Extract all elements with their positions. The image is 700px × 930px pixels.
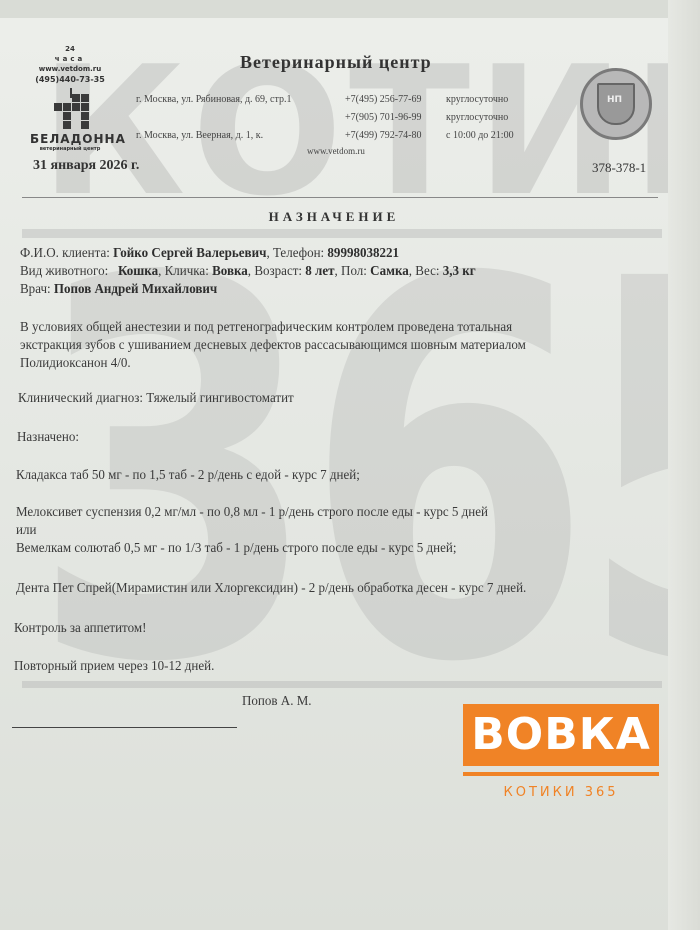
prescription-3: Вемелкам солютаб 0,5 мг - по 1/3 таб - 1… (16, 541, 456, 557)
logo-hours-number: 24 (30, 44, 110, 54)
badge-subtitle: КОТИКИ 365 (463, 785, 659, 800)
phone-2-hours: круглосуточно (446, 112, 508, 123)
procedure-line-2: экстракция зубов с ушиванием десневых де… (20, 338, 526, 354)
procedure-line-1: В условиях общей анестезии и под ретгено… (20, 320, 512, 336)
page-edge-shadow (668, 0, 700, 930)
animal-info: Вид животного: Кошка, Кличка: Вовка, Воз… (20, 264, 476, 280)
clinic-logo: 24 часа www.vetdom.ru (495)440-73-35 БЕЛ… (30, 44, 110, 152)
age: 8 лет (305, 264, 334, 279)
appetite-note: Контроль за аппетитом! (14, 621, 146, 637)
phone-1-hours: круглосуточно (446, 94, 508, 105)
client-phone: 89998038221 (327, 246, 399, 261)
header-divider (22, 197, 658, 198)
logo-website: www.vetdom.ru (30, 64, 110, 74)
client-info: Ф.И.О. клиента: Гойко Сергей Валерьевич,… (20, 246, 399, 262)
heading-band (22, 229, 662, 238)
phone-3: +7(499) 792-74-80 (345, 130, 421, 141)
badge-title: ВОВКА (463, 704, 659, 766)
vovka-badge: ВОВКА (463, 704, 659, 766)
doctor-name: Попов Андрей Михайлович (54, 282, 217, 297)
address-1: г. Москва, ул. Рябиновая, д. 69, стр.1 (136, 94, 291, 105)
procedure-line-3: Полидиоксанон 4/0. (20, 356, 131, 372)
logo-hours-word: часа (30, 54, 110, 64)
logo-subtitle: ветеринарный центр (30, 146, 110, 152)
prescribed-label: Назначено: (17, 430, 79, 446)
badge-divider (463, 772, 659, 776)
logo-phone: (495)440-73-35 (30, 74, 110, 86)
belladonna-flower-icon (48, 88, 92, 130)
species: Кошка (118, 264, 158, 279)
phone-3-hours: с 10:00 до 21:00 (446, 130, 514, 141)
address-2: г. Москва, ул. Веерная, д. 1, к. (136, 130, 263, 141)
association-seal-icon: НП (580, 68, 652, 140)
clinic-title: Ветеринарный центр (240, 52, 432, 73)
sex: Самка (370, 264, 409, 279)
doctor-info: Врач: Попов Андрей Михайлович (20, 282, 217, 298)
prescription-4: Дента Пет Спрей(Мирамистин или Хлоргекси… (16, 581, 526, 597)
seal-text: НП (607, 95, 622, 105)
footer-band (22, 681, 662, 688)
document-date: 31 января 2026 г. (33, 158, 139, 174)
document-heading: НАЗНАЧЕНИЕ (0, 209, 668, 225)
phone-2: +7(905) 701-96-99 (345, 112, 421, 123)
signature-line (12, 727, 237, 728)
prescription-1: Кладакса таб 50 мг - по 1,5 таб - 2 р/де… (16, 468, 360, 484)
logo-brand: БЕЛАДОННА (30, 132, 110, 146)
clinic-website: www.vetdom.ru (307, 146, 365, 156)
phone-1: +7(495) 256-77-69 (345, 94, 421, 105)
weight: 3,3 кг (443, 264, 476, 279)
signature-name: Попов А. М. (242, 694, 312, 710)
prescription-2: Мелоксивет суспензия 0,2 мг/мл - по 0,8 … (16, 505, 488, 521)
follow-up: Повторный прием через 10-12 дней. (14, 659, 214, 675)
prescription-or: или (16, 523, 36, 539)
client-name: Гойко Сергей Валерьевич (113, 246, 266, 261)
document-number: 378-378-1 (592, 160, 646, 176)
diagnosis: Клинический диагноз: Тяжелый гингивостом… (18, 391, 294, 407)
nickname: Вовка (212, 264, 248, 279)
